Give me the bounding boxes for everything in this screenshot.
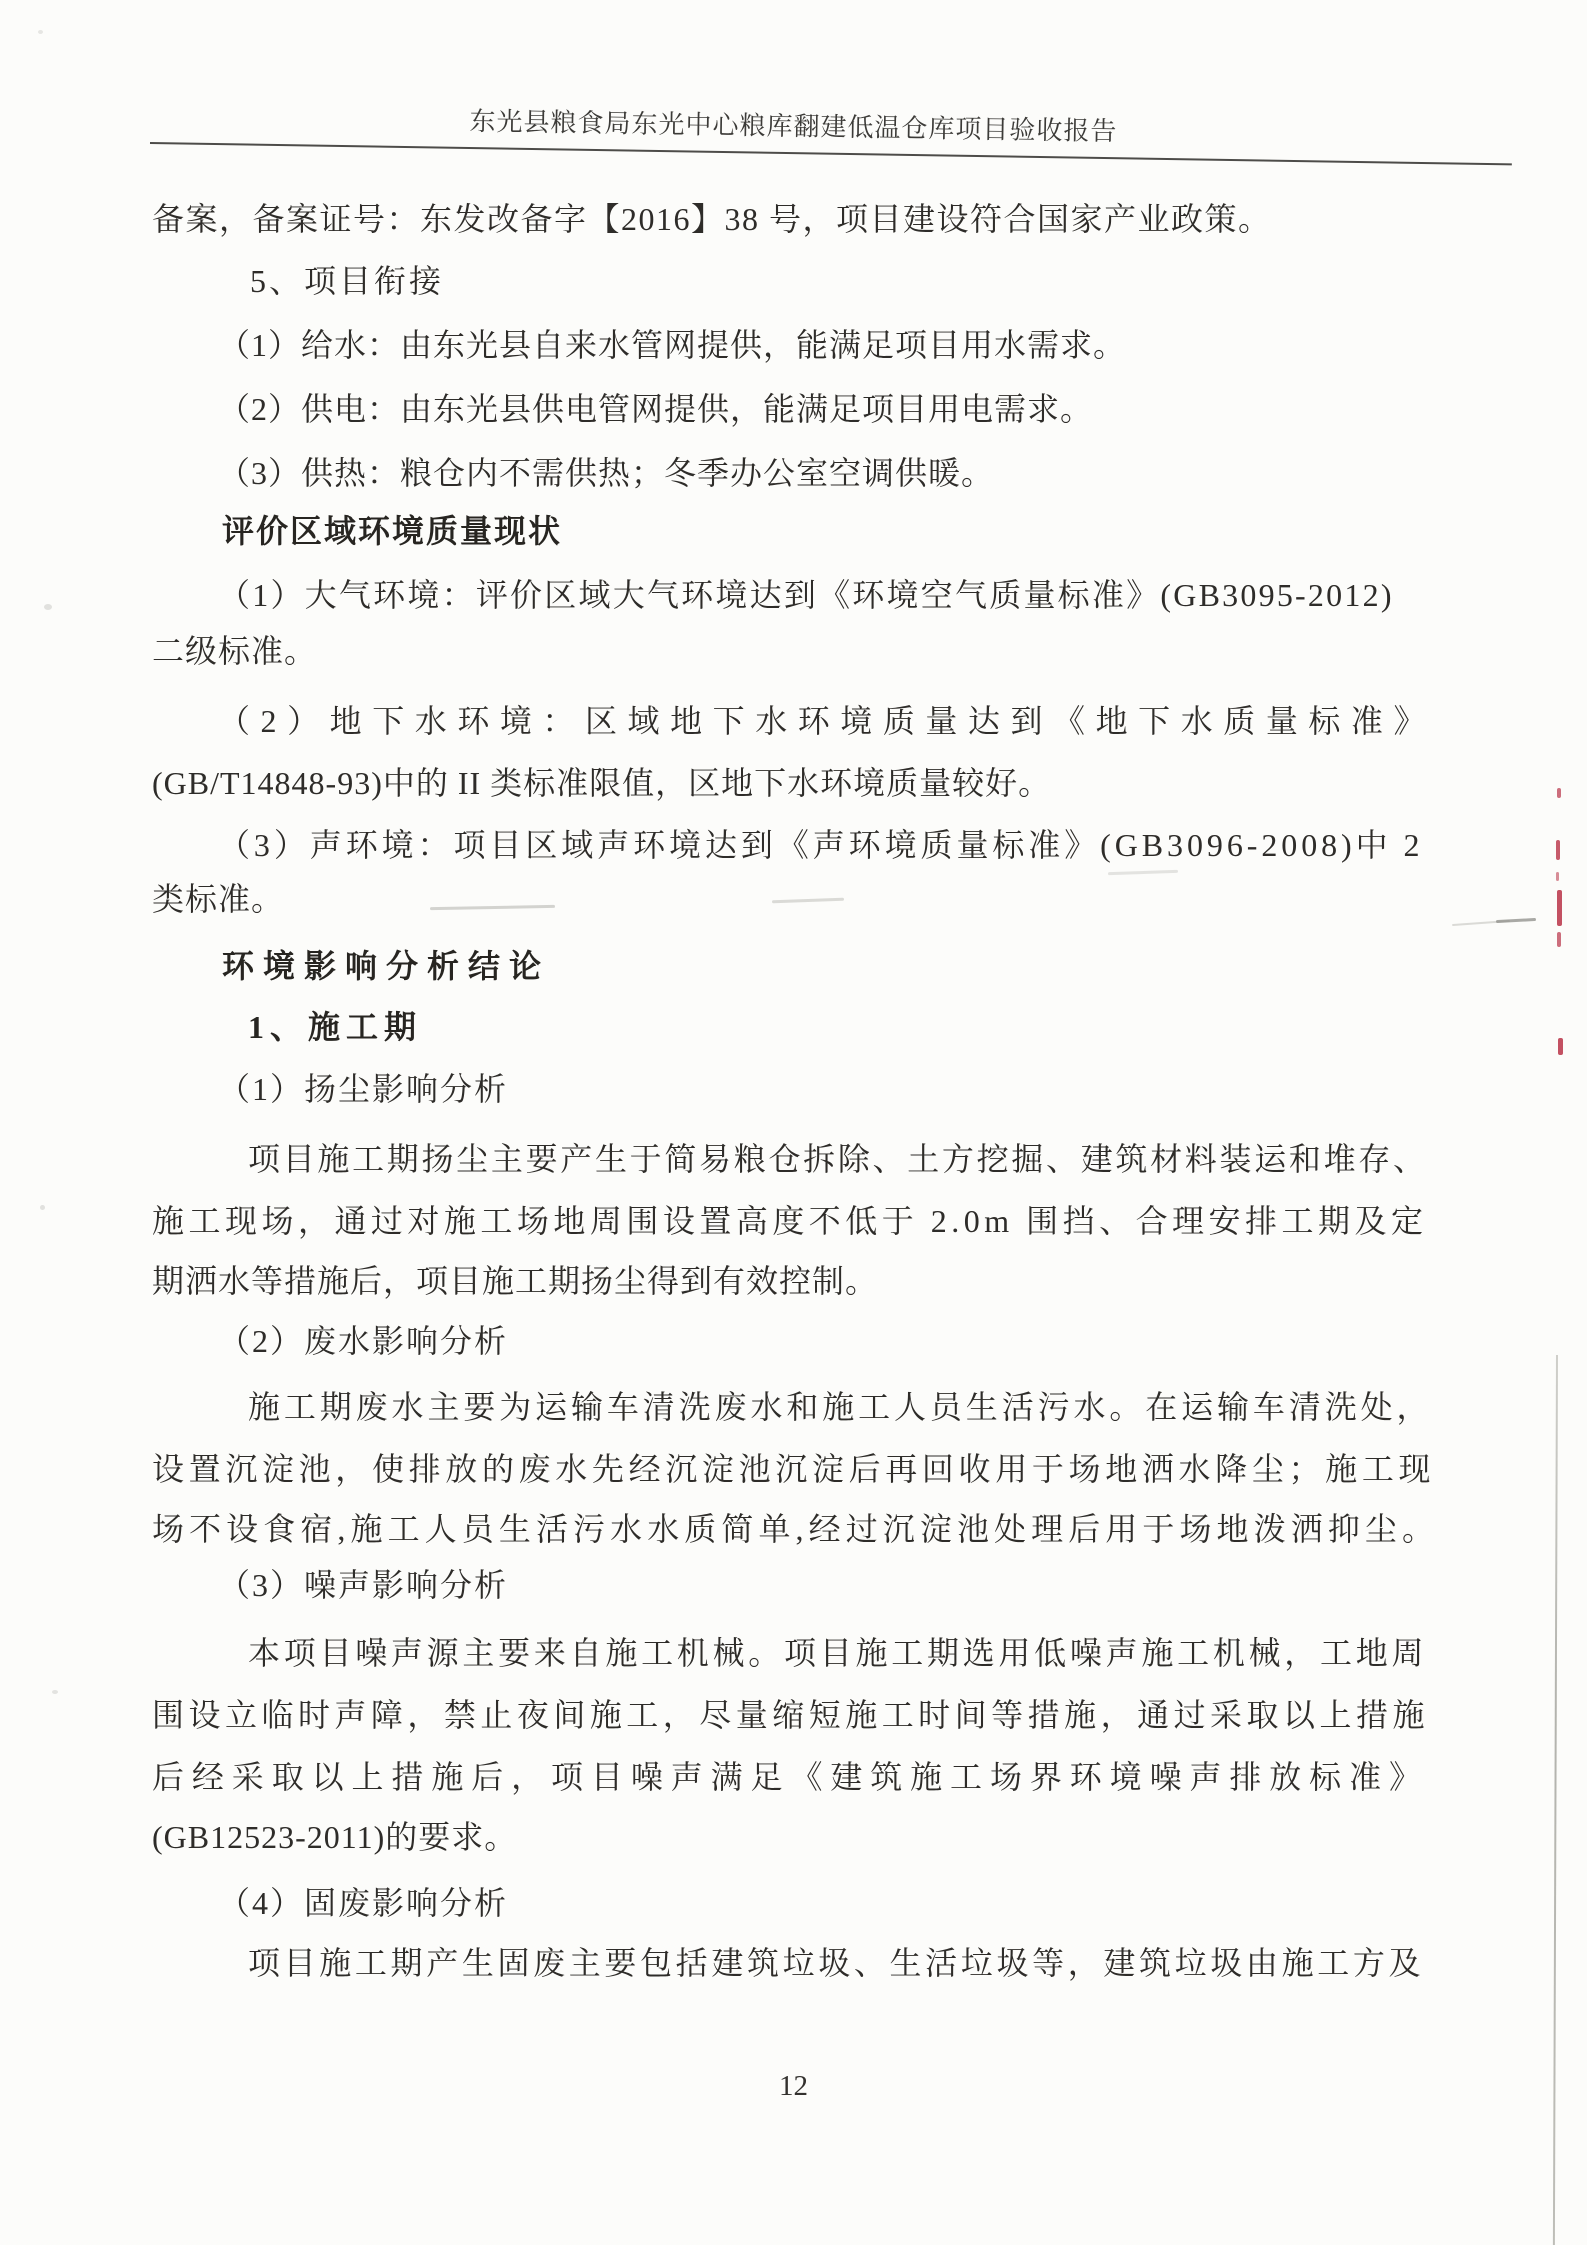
scan-speck — [44, 604, 52, 610]
page-edge-line — [1553, 1355, 1558, 2245]
scanned-page: 东光县粮食局东光中心粮库翻建低温仓库项目验收报告 备案，备案证号：东发改备字【2… — [0, 0, 1587, 2245]
smudge-mark — [430, 905, 555, 910]
body-line: 围设立临时声障，禁止夜间施工，尽量缩短施工时间等措施，通过采取以上措施 — [152, 1693, 1429, 1737]
body-line: （2）废水影响分析 — [218, 1319, 508, 1363]
body-line: 备案，备案证号：东发改备字【2016】38 号，项目建设符合国家产业政策。 — [152, 197, 1272, 241]
page-number: 12 — [779, 2070, 808, 2102]
scan-speck — [38, 30, 43, 34]
body-line: (GB/T14848-93)中的 II 类标准限值，区地下水环境质量较好。 — [152, 761, 1051, 805]
header-title: 东光县粮食局东光中心粮库翻建低温仓库项目验收报告 — [0, 94, 1587, 156]
smudge-mark — [1108, 870, 1178, 875]
body-line: 项目施工期产生固废主要包括建筑垃圾、生活垃圾等，建筑垃圾由施工方及 — [248, 1941, 1424, 1985]
smudge-mark — [1452, 920, 1510, 926]
body-line: 5、项目衔接 — [250, 259, 444, 303]
body-line: 后经采取以上措施后，项目噪声满足《建筑施工场界环境噪声排放标准》 — [152, 1755, 1429, 1799]
section-heading: 评价区域环境质量现状 — [222, 509, 562, 553]
body-line: （3）声环境：项目区域声环境达到《声环境质量标准》(GB3096-2008)中 … — [218, 823, 1423, 867]
body-line: （2）供电：由东光县供电管网提供，能满足项目用电需求。 — [218, 387, 1093, 431]
body-line: 场不设食宿,施工人员生活污水水质简单,经过沉淀池处理后用于场地泼洒抑尘。 — [152, 1507, 1439, 1551]
body-line: (GB12523-2011)的要求。 — [152, 1815, 517, 1859]
body-line: （3）供热：粮仓内不需供热；冬季办公室空调供暖。 — [218, 451, 994, 495]
red-mark — [1557, 932, 1561, 947]
body-line: 本项目噪声源主要来自施工机械。项目施工期选用低噪声施工机械，工地周 — [248, 1631, 1427, 1675]
red-mark — [1557, 788, 1561, 798]
body-line: （2）地下水环境：区域地下水环境质量达到《地下水质量标准》 — [218, 699, 1436, 743]
body-line: 设置沉淀池，使排放的废水先经沉淀池沉淀后再回收用于场地洒水降尘；施工现 — [152, 1447, 1435, 1491]
body-line: （3）噪声影响分析 — [218, 1563, 508, 1607]
red-mark — [1558, 1038, 1563, 1055]
smudge-mark — [772, 898, 844, 904]
red-mark — [1556, 840, 1560, 860]
section-heading: 1、施工期 — [248, 1005, 422, 1049]
red-mark — [1557, 890, 1562, 926]
scan-speck — [52, 1690, 58, 1694]
body-line: 项目施工期扬尘主要产生于简易粮仓拆除、土方挖掘、建筑材料装运和堆存、 — [248, 1137, 1428, 1181]
body-line: 类标准。 — [152, 877, 284, 921]
body-line: （1）大气环境：评价区域大气环境达到《环境空气质量标准》(GB3095-2012… — [218, 573, 1394, 617]
body-line: （1）给水：由东光县自来水管网提供，能满足项目用水需求。 — [218, 323, 1126, 367]
body-line: 施工期废水主要为运输车清洗废水和施工人员生活污水。在运输车清洗处， — [248, 1385, 1432, 1429]
body-line: 施工现场，通过对施工场地周围设置高度不低于 2.0m 围挡、合理安排工期及定 — [152, 1199, 1427, 1243]
page-footer: 12 — [0, 2070, 1587, 2103]
body-line: 二级标准。 — [152, 629, 317, 673]
section-heading: 环境影响分析结论 — [222, 944, 550, 988]
body-line: （1）扬尘影响分析 — [218, 1067, 508, 1111]
body-line: 期洒水等措施后，项目施工期扬尘得到有效控制。 — [152, 1259, 878, 1303]
red-mark — [1556, 872, 1559, 881]
body-line: （4）固废影响分析 — [218, 1881, 508, 1925]
smudge-mark — [1496, 918, 1536, 923]
scan-speck — [40, 1205, 45, 1210]
